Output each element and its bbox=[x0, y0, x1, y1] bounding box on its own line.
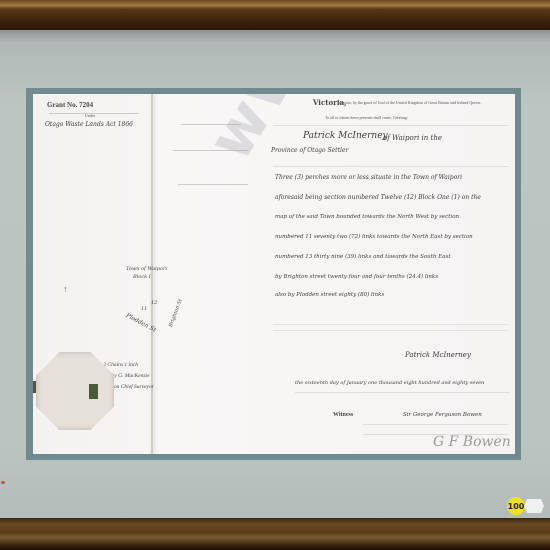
frame-top bbox=[0, 0, 550, 30]
land-line-3: map of the said Town bounded towards the… bbox=[275, 214, 459, 220]
grant-number: Grant No. 7204 bbox=[47, 101, 93, 109]
land-line-6: by Brighton street twenty four and four … bbox=[275, 274, 438, 280]
land-line-7: also by Plodden street eighty (80) links bbox=[275, 292, 384, 298]
mat-shadow bbox=[0, 30, 550, 42]
fold-line bbox=[151, 94, 153, 454]
map-section-11: 11 bbox=[141, 306, 147, 312]
grant-document: Grant No. 7204 Under Otago Waste Lands A… bbox=[33, 94, 515, 454]
witness-heading: Witness bbox=[333, 412, 353, 418]
preamble-greeting: To all to whom these presents shall come… bbox=[325, 115, 408, 120]
governor-signature: G F Bowen bbox=[433, 434, 511, 450]
form-rule bbox=[273, 324, 508, 325]
form-rule bbox=[273, 330, 508, 331]
form-rule bbox=[273, 166, 508, 167]
seal-ribbon-right bbox=[89, 384, 98, 399]
form-rule bbox=[178, 184, 248, 185]
land-line-4: numbered 11 seventy two (72) links towar… bbox=[275, 234, 473, 240]
lot-number-sticker: 100 bbox=[507, 497, 525, 515]
red-speck bbox=[1, 481, 5, 484]
map-section-12: 12 bbox=[151, 300, 157, 306]
form-rule bbox=[295, 392, 510, 393]
date-line: the sixteenth day of January one thousan… bbox=[295, 380, 484, 386]
form-rule bbox=[363, 424, 508, 425]
grantee-signature: Patrick McInerney bbox=[405, 351, 471, 359]
grantee-occupation: Province of Otago Settler bbox=[271, 147, 348, 154]
land-line-5: numbered 13 thirty nine (39) links and t… bbox=[275, 254, 451, 260]
governor-name: Sir George Ferguson Bowen bbox=[403, 412, 482, 418]
map-town-title: Town of Waipori bbox=[126, 266, 167, 272]
preamble-victoria: Victoria, by the grace of God of the Uni… bbox=[338, 100, 508, 105]
north-arrow-icon: ↑ bbox=[63, 284, 68, 294]
grant-act: Otago Waste Lands Act 1866 bbox=[45, 121, 133, 128]
grantee-name: Patrick McInerney bbox=[303, 131, 388, 141]
map-street-brighton: Brighton St bbox=[168, 298, 184, 328]
frame-bottom bbox=[0, 518, 550, 550]
blank-tag bbox=[524, 499, 544, 513]
land-line-2: aforesaid being section numbered Twelve … bbox=[275, 194, 481, 201]
map-block: Block I bbox=[133, 274, 151, 280]
form-rule bbox=[273, 125, 508, 126]
wax-seal bbox=[36, 352, 114, 430]
grantee-place: of Waipori in the bbox=[383, 134, 442, 142]
grant-under: Under bbox=[85, 113, 95, 118]
land-line-1: Three (3) perches more or less situate i… bbox=[275, 174, 462, 181]
